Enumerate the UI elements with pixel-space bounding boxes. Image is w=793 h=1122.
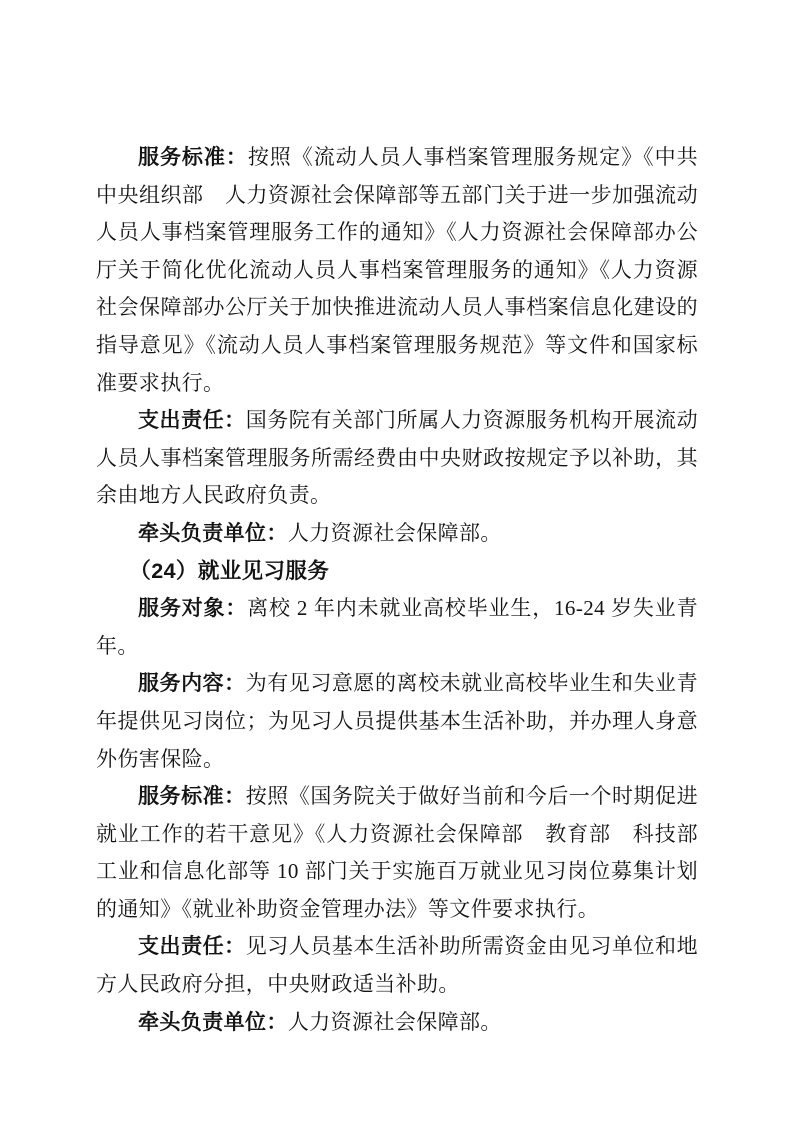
paragraph-service-target-internship: 服务对象：离校 2 年内未就业高校毕业生，16-24 岁失业青年。 — [96, 590, 698, 665]
paragraph-expenditure-responsibility-archives: 支出责任：国务院有关部门所属人力资源服务机构开展流动人员人事档案管理服务所需经费… — [96, 402, 698, 515]
paragraph-service-standard-internship: 服务标准：按照《国务院关于做好当前和今后一个时期促进就业工作的若干意见》《人力资… — [96, 778, 698, 928]
paragraph-text: 按照《流动人员人事档案管理服务规定》《中共中央组织部 人力资源社会保障部等五部门… — [96, 145, 698, 395]
paragraph-label: 支出责任： — [138, 934, 246, 958]
paragraph-text: 人力资源社会保障部。 — [288, 521, 502, 545]
paragraph-service-content-internship: 服务内容：为有见习意愿的离校未就业高校毕业生和失业青年提供见习岗位；为见习人员提… — [96, 665, 698, 778]
section-heading-24-employment-internship: （24）就业见习服务 — [96, 553, 698, 591]
paragraph-label: 服务标准： — [138, 784, 246, 808]
document-page: 服务标准：按照《流动人员人事档案管理服务规定》《中共中央组织部 人力资源社会保障… — [0, 0, 793, 1122]
paragraph-service-standard-archives: 服务标准：按照《流动人员人事档案管理服务规定》《中共中央组织部 人力资源社会保障… — [96, 139, 698, 402]
paragraph-lead-unit-internship: 牵头负责单位：人力资源社会保障部。 — [96, 1004, 698, 1042]
paragraph-label: 服务对象： — [138, 596, 247, 620]
paragraph-label: 服务内容： — [138, 671, 246, 695]
paragraph-label: 牵头负责单位： — [138, 521, 288, 545]
paragraph-label: 服务标准： — [138, 145, 248, 169]
paragraph-label: 牵头负责单位： — [138, 1010, 288, 1034]
paragraph-lead-unit-archives: 牵头负责单位：人力资源社会保障部。 — [96, 515, 698, 553]
paragraph-text: 人力资源社会保障部。 — [288, 1010, 502, 1034]
paragraph-expenditure-responsibility-internship: 支出责任：见习人员基本生活补助所需资金由见习单位和地方人民政府分担，中央财政适当… — [96, 928, 698, 1003]
paragraph-label: 支出责任： — [138, 408, 246, 432]
document-content: 服务标准：按照《流动人员人事档案管理服务规定》《中共中央组织部 人力资源社会保障… — [96, 139, 698, 1041]
